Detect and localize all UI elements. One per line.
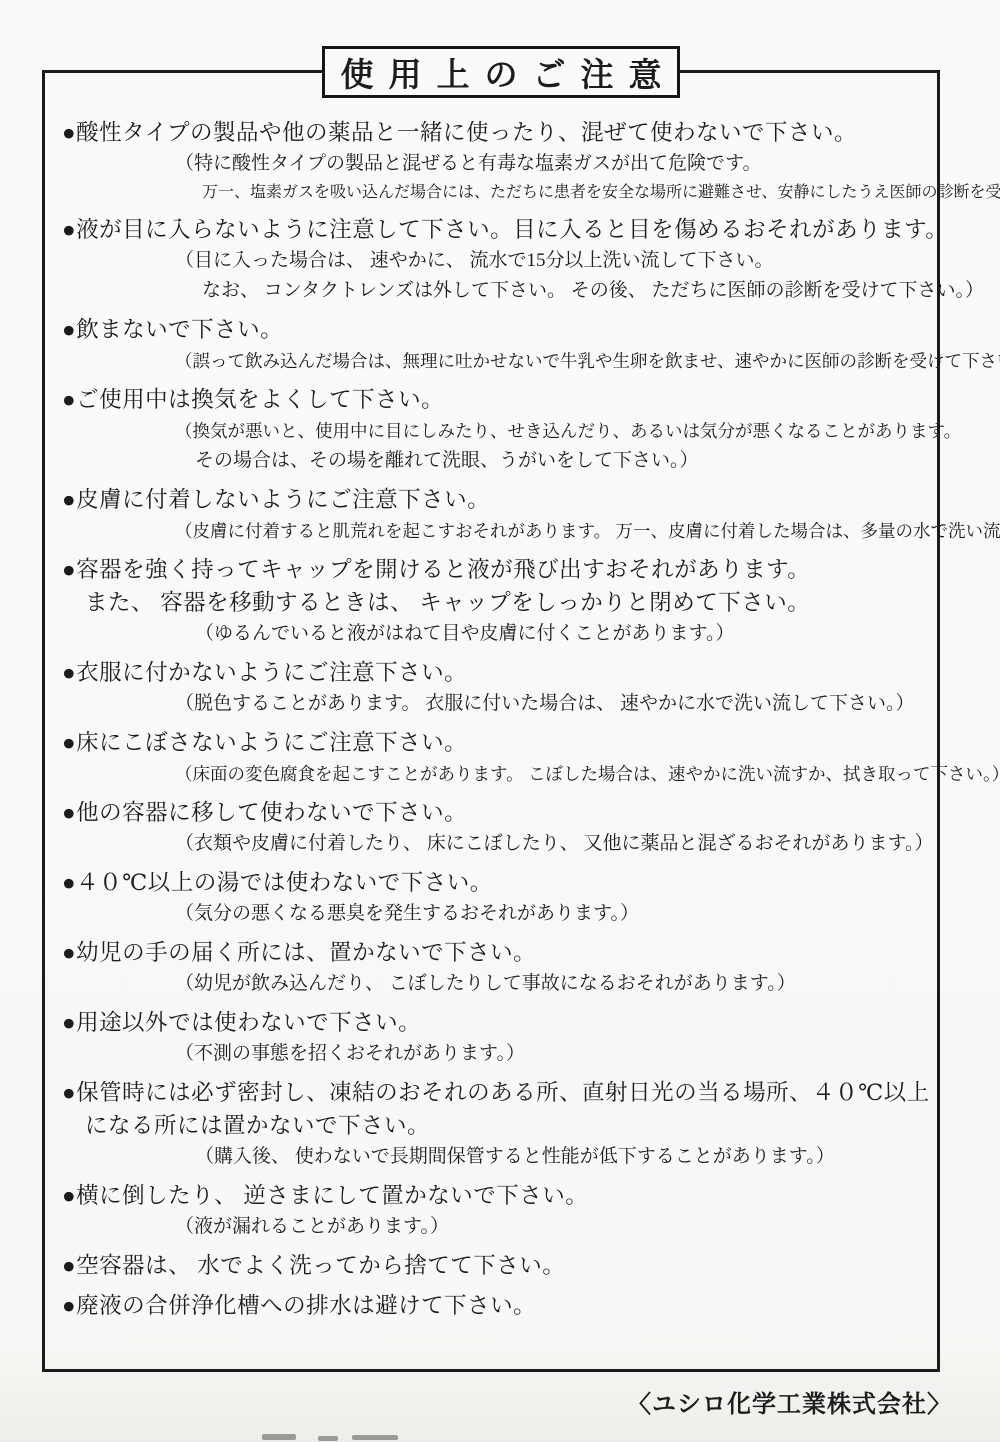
item-main-text: ●他の容器に移して使わないで下さい。	[62, 796, 930, 829]
item-note: なお、 コンタクトレンズは外して下さい。 その後、 ただちに医師の診断を受けて下…	[62, 276, 930, 306]
item-main-text: ●液が目に入らないように注意して下さい。目に入ると目を傷めるおそれがあります。	[62, 213, 930, 246]
item-main-text: ●皮膚に付着しないようにご注意下さい。	[62, 483, 930, 516]
list-item: ●用途以外では使わないで下さい。 （不測の事態を招くおそれがあります。）	[62, 1006, 930, 1069]
list-item: ●幼児の手の届く所には、置かないで下さい。 （幼児が飲み込んだり、 こぼしたりし…	[62, 936, 930, 999]
list-item: ●衣服に付かないようにご注意下さい。 （脱色することがあります。 衣服に付いた場…	[62, 656, 930, 719]
item-main-text: ●容器を強く持ってキャップを開けると液が飛び出すおそれがあります。	[62, 553, 930, 586]
item-main-text: ●廃液の合併浄化槽への排水は避けて下さい。	[62, 1289, 930, 1322]
item-note: （液が漏れることがあります。）	[62, 1212, 930, 1242]
list-item: ●横に倒したり、 逆さまにして置かないで下さい。 （液が漏れることがあります。）	[62, 1179, 930, 1242]
list-item: ●廃液の合併浄化槽への排水は避けて下さい。	[62, 1289, 930, 1322]
item-main-text: になる所には置かないで下さい。	[62, 1109, 930, 1142]
list-item: ●４０℃以上の湯では使わないで下さい。 （気分の悪くなる悪臭を発生するおそれがあ…	[62, 866, 930, 929]
list-item: ●ご使用中は換気をよくして下さい。 （換気が悪いと、使用中に目にしみたり、せき込…	[62, 383, 930, 476]
scan-artifact	[318, 1436, 338, 1441]
list-item: ●飲まないで下さい。 （誤って飲み込んだ場合は、無理に吐かせないで牛乳や生卵を飲…	[62, 313, 930, 376]
item-main-text: ●飲まないで下さい。	[62, 313, 930, 346]
list-item: ●床にこぼさないようにご注意下さい。 （床面の変色腐食を起こすことがあります。 …	[62, 726, 930, 789]
item-main-text: ●４０℃以上の湯では使わないで下さい。	[62, 866, 930, 899]
item-main-text: ●幼児の手の届く所には、置かないで下さい。	[62, 936, 930, 969]
item-main-text: ●空容器は、 水でよく洗ってから捨てて下さい。	[62, 1249, 930, 1282]
item-note: （皮膚に付着すると肌荒れを起こすおそれがあります。 万一、皮膚に付着した場合は、…	[62, 516, 930, 546]
item-main-text: ●横に倒したり、 逆さまにして置かないで下さい。	[62, 1179, 930, 1212]
item-main-text: ●床にこぼさないようにご注意下さい。	[62, 726, 930, 759]
page-title: 使用上のご注意	[341, 49, 677, 96]
item-note: （ゆるんでいると液がはねて目や皮膚に付くことがあります。）	[62, 619, 930, 649]
item-note: （不測の事態を招くおそれがあります。）	[62, 1039, 930, 1069]
item-note: （特に酸性タイプの製品と混ぜると有毒な塩素ガスが出て危険です。	[62, 149, 930, 179]
item-main-text: ●用途以外では使わないで下さい。	[62, 1006, 930, 1039]
list-item: ●空容器は、 水でよく洗ってから捨てて下さい。	[62, 1249, 930, 1282]
item-note: （目に入った場合は、 速やかに、 流水で15分以上洗い流して下さい。	[62, 246, 930, 276]
title-box: 使用上のご注意	[322, 46, 680, 98]
item-note: （気分の悪くなる悪臭を発生するおそれがあります。）	[62, 899, 930, 929]
item-note: （衣類や皮膚に付着したり、 床にこぼしたり、 又他に薬品と混ざるおそれがあります…	[62, 829, 930, 859]
item-main-text: ●保管時には必ず密封し、凍結のおそれのある所、直射日光の当る場所、４０℃以上	[62, 1076, 930, 1109]
item-note: （換気が悪いと、使用中に目にしみたり、せき込んだり、あるいは気分が悪くなることが…	[62, 416, 930, 446]
item-main-text: ●衣服に付かないようにご注意下さい。	[62, 656, 930, 689]
item-note: （購入後、 使わないで長期間保管すると性能が低下することがあります。）	[62, 1142, 930, 1172]
list-item: ●酸性タイプの製品や他の薬品と一緒に使ったり、混ぜて使わないで下さい。 （特に酸…	[62, 116, 930, 206]
item-main-text: ●酸性タイプの製品や他の薬品と一緒に使ったり、混ぜて使わないで下さい。	[62, 116, 930, 149]
scan-artifact	[262, 1434, 296, 1440]
item-note: 万一、塩素ガスを吸い込んだ場合には、ただちに患者を安全な場所に避難させ、安静にし…	[62, 179, 930, 206]
document-page: 使用上のご注意 ●酸性タイプの製品や他の薬品と一緒に使ったり、混ぜて使わないで下…	[0, 0, 1000, 1442]
list-item: ●皮膚に付着しないようにご注意下さい。 （皮膚に付着すると肌荒れを起こすおそれが…	[62, 483, 930, 546]
list-item: ●液が目に入らないように注意して下さい。目に入ると目を傷めるおそれがあります。 …	[62, 213, 930, 306]
company-name: 〈ユシロ化学工業株式会社〉	[627, 1384, 952, 1419]
item-note: （誤って飲み込んだ場合は、無理に吐かせないで牛乳や生卵を飲ませ、速やかに医師の診…	[62, 346, 930, 376]
list-item: ●他の容器に移して使わないで下さい。 （衣類や皮膚に付着したり、 床にこぼしたり…	[62, 796, 930, 859]
item-note: （床面の変色腐食を起こすことがあります。 こぼした場合は、速やかに洗い流すか、拭…	[62, 759, 930, 789]
item-main-text: また、 容器を移動するときは、 キャップをしっかりと閉めて下さい。	[62, 586, 930, 619]
item-main-text: ●ご使用中は換気をよくして下さい。	[62, 383, 930, 416]
scan-artifact	[352, 1435, 398, 1440]
list-item: ●容器を強く持ってキャップを開けると液が飛び出すおそれがあります。 また、 容器…	[62, 553, 930, 649]
item-note: その場合は、その場を離れて洗眼、うがいをして下さい。）	[62, 446, 930, 476]
precaution-list: ●酸性タイプの製品や他の薬品と一緒に使ったり、混ぜて使わないで下さい。 （特に酸…	[62, 116, 930, 1329]
item-note: （脱色することがあります。 衣服に付いた場合は、 速やかに水で洗い流して下さい。…	[62, 689, 930, 719]
list-item: ●保管時には必ず密封し、凍結のおそれのある所、直射日光の当る場所、４０℃以上 に…	[62, 1076, 930, 1172]
item-note: （幼児が飲み込んだり、 こぼしたりして事故になるおそれがあります。）	[62, 969, 930, 999]
